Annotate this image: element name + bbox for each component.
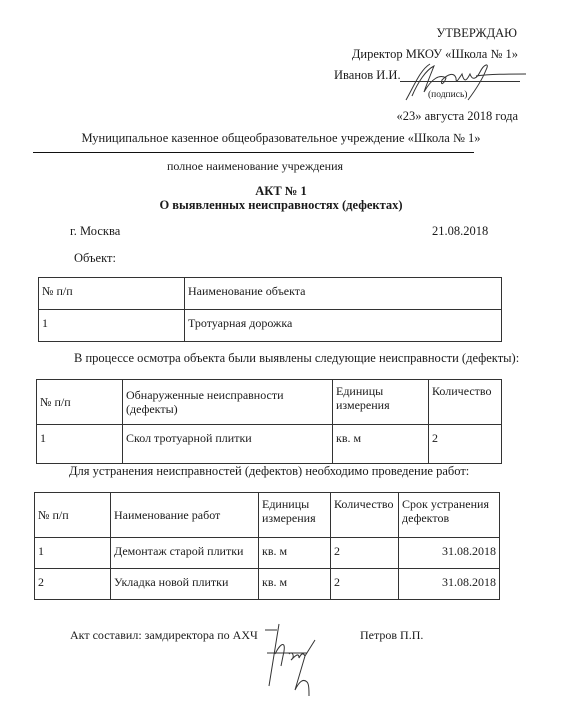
defects-intro: В процессе осмотра объекта были выявлены… <box>74 351 519 366</box>
organization-underline <box>33 152 474 153</box>
signature-caption: (подпись) <box>428 90 467 100</box>
table-header-row: № п/п Наименование работ Единицы измерен… <box>35 493 500 538</box>
table-cell: 2 <box>331 538 399 569</box>
act-title: АКТ № 1 <box>0 184 562 199</box>
table-cell: кв. м <box>259 538 331 569</box>
table-cell: Скол тротуарной плитки <box>123 425 333 464</box>
header-cell: Обнаруженные неисправности (дефекты) <box>123 380 333 425</box>
table-cell: 2 <box>35 569 111 600</box>
compiler-name: Петров П.П. <box>360 628 423 643</box>
table-cell: Демонтаж старой плитки <box>111 538 259 569</box>
table-row: 1 Скол тротуарной плитки кв. м 2 <box>37 425 502 464</box>
table-row: 2 Укладка новой плитки кв. м 2 31.08.201… <box>35 569 500 600</box>
defects-table: № п/п Обнаруженные неисправности (дефект… <box>36 379 502 464</box>
approval-date: «23» августа 2018 года <box>396 109 518 124</box>
table-row: 1 Тротуарная дорожка <box>39 310 502 342</box>
works-intro: Для устранения неисправностей (дефектов)… <box>69 464 469 479</box>
approval-name: Иванов И.И. <box>334 68 401 83</box>
table-cell: Тротуарная дорожка <box>185 310 502 342</box>
header-cell: Количество <box>331 493 399 538</box>
header-cell: № п/п <box>39 278 185 310</box>
header-cell: № п/п <box>37 380 123 425</box>
table-cell: 2 <box>331 569 399 600</box>
header-cell: Срок устранения дефектов <box>399 493 500 538</box>
header-cell: № п/п <box>35 493 111 538</box>
works-table: № п/п Наименование работ Единицы измерен… <box>34 492 500 600</box>
header-cell: Единицы измерения <box>259 493 331 538</box>
organization-name: Муниципальное казенное общеобразовательн… <box>0 131 562 146</box>
table-cell: 1 <box>39 310 185 342</box>
organization-caption: полное наименование учреждения <box>0 159 510 174</box>
header-cell: Количество <box>429 380 502 425</box>
approval-title: УТВЕРЖДАЮ <box>436 26 517 41</box>
objects-table: № п/п Наименование объекта 1 Тротуарная … <box>38 277 502 342</box>
table-cell: кв. м <box>333 425 429 464</box>
act-subtitle: О выявленных неисправностях (дефектах) <box>0 198 562 213</box>
act-date: 21.08.2018 <box>432 224 488 239</box>
header-cell: Единицы измерения <box>333 380 429 425</box>
table-cell: 2 <box>429 425 502 464</box>
compiler-signature-icon <box>265 620 345 700</box>
table-header-row: № п/п Наименование объекта <box>39 278 502 310</box>
header-cell: Наименование работ <box>111 493 259 538</box>
table-row: 1 Демонтаж старой плитки кв. м 2 31.08.2… <box>35 538 500 569</box>
table-cell: 31.08.2018 <box>399 569 500 600</box>
table-cell: 31.08.2018 <box>399 538 500 569</box>
header-cell: Наименование объекта <box>185 278 502 310</box>
table-header-row: № п/п Обнаруженные неисправности (дефект… <box>37 380 502 425</box>
table-cell: Укладка новой плитки <box>111 569 259 600</box>
compiled-by: Акт составил: замдиректора по АХЧ <box>70 628 258 643</box>
table-cell: кв. м <box>259 569 331 600</box>
table-cell: 1 <box>35 538 111 569</box>
table-cell: 1 <box>37 425 123 464</box>
act-city: г. Москва <box>70 224 120 239</box>
object-label: Объект: <box>74 251 116 266</box>
